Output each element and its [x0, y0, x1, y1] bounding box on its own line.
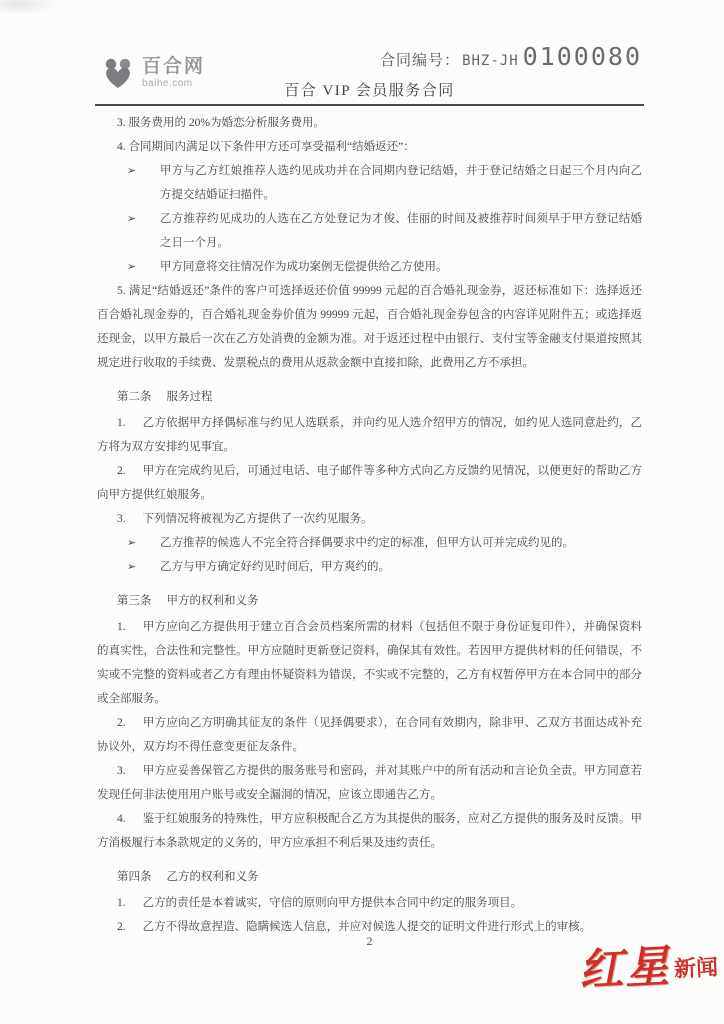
- contract-item: 4.鉴于红娘服务的特殊性，甲方应积极配合乙方为其提供的服务，应对乙方提供的服务及…: [97, 807, 642, 855]
- clause-number: 1.: [117, 417, 126, 429]
- contract-text: 乙方依据甲方择偶标准与约见人选联系，并向约见人选介绍甲方的情况，如约见人选同意赴…: [97, 417, 642, 453]
- contract-text: 乙方推荐的候选人不完全符合择偶要求中约定的标准，但甲方认可并完成约见的。: [160, 537, 574, 549]
- contract-text: 乙方的责任是本着诚实，守信的原则向甲方提供本合同中约定的服务项目。: [143, 897, 523, 909]
- clause-number: 4.: [117, 813, 126, 825]
- contract-text: 乙方的权利和义务: [167, 871, 259, 883]
- document-title: 百合 VIP 会员服务合同: [97, 79, 642, 100]
- contract-clause: 5. 满足“结婚返还”条件的客户可选择返还价值 99999 元起的百合婚礼现金券…: [97, 279, 642, 375]
- contract-bullet: ➢甲方同意将交往情况作为成功案例无偿提供给乙方使用。: [97, 255, 642, 279]
- scan-smudge: [0, 0, 60, 14]
- contract-number-stamp: 0100080: [523, 42, 642, 71]
- bullet-arrow-icon: ➢: [127, 531, 136, 555]
- contract-heading: 第四条乙方的权利和义务: [97, 865, 642, 889]
- header-divider: [95, 104, 644, 106]
- contract-text: 甲方与乙方红娘推荐人选约见成功并在合同期内登记结婚，并于登记结婚之日起三个月内向…: [160, 165, 642, 201]
- redstar-news-watermark: 红星 新闻: [578, 942, 719, 993]
- contract-text: 乙方不得故意捏造、隐瞒候选人信息，并应对候选人提交的证明文件进行形式上的审核。: [143, 921, 592, 933]
- contract-body: 3. 服务费用的 20%为婚恋分析服务费用。4. 合同期间内满足以下条件甲方还可…: [97, 111, 642, 939]
- watermark-main-text: 红星: [578, 945, 672, 994]
- watermark-sub-text: 新闻: [674, 956, 719, 981]
- contract-number: 合同编号： BHZ-JH 0100080: [380, 42, 642, 71]
- contract-text: 甲方同意将交往情况作为成功案例无偿提供给乙方使用。: [160, 261, 448, 273]
- contract-item: 3.下列情况将被视为乙方提供了一次约见服务。: [97, 507, 642, 531]
- clause-number: 2.: [117, 465, 126, 477]
- clause-number: 第三条: [117, 595, 152, 607]
- contract-item: 2.甲方在完成约见后，可通过电话、电子邮件等多种方式向乙方反馈约见情况，以便更好…: [97, 459, 642, 507]
- contract-clause: 3. 服务费用的 20%为婚恋分析服务费用。: [97, 111, 642, 135]
- contract-bullet: ➢乙方推荐约见成功的人选在乙方处登记为才俊、佳丽的时间及被推荐时间须早于甲方登记…: [97, 207, 642, 255]
- clause-number: 2.: [117, 921, 126, 933]
- contract-item: 1.乙方依据甲方择偶标准与约见人选联系，并向约见人选介绍甲方的情况，如约见人选同…: [97, 411, 642, 459]
- clause-number: 1.: [117, 897, 126, 909]
- clause-number: 3.: [117, 513, 126, 525]
- contract-item: 1.甲方应向乙方提供用于建立百合会员档案所需的材料（包括但不限于身份证复印件），…: [97, 615, 642, 711]
- contract-item: 1.乙方的责任是本着诚实，守信的原则向甲方提供本合同中约定的服务项目。: [97, 891, 642, 915]
- bullet-arrow-icon: ➢: [127, 255, 136, 279]
- contract-text: 5. 满足“结婚返还”条件的客户可选择返还价值 99999 元起的百合婚礼现金券…: [97, 285, 642, 369]
- contract-text: 下列情况将被视为乙方提供了一次约见服务。: [143, 513, 373, 525]
- bullet-arrow-icon: ➢: [127, 207, 136, 231]
- contract-text: 服务过程: [167, 391, 213, 403]
- bullet-arrow-icon: ➢: [127, 159, 136, 183]
- contract-text: 甲方应向乙方提供用于建立百合会员档案所需的材料（包括但不限于身份证复印件），并确…: [97, 621, 642, 705]
- contract-bullet: ➢乙方与甲方确定好约见时间后，甲方爽约的。: [97, 555, 642, 579]
- clause-number: 1.: [117, 621, 126, 633]
- page-number: 2: [97, 934, 642, 949]
- contract-number-label: 合同编号：: [380, 49, 460, 70]
- contract-bullet: ➢乙方推荐的候选人不完全符合择偶要求中约定的标准，但甲方认可并完成约见的。: [97, 531, 642, 555]
- contract-number-prefix: BHZ-JH: [462, 53, 519, 69]
- contract-text: 甲方应向乙方明确其征友的条件（见择偶要求），在合同有效期内，除非甲、乙双方书面达…: [97, 717, 642, 753]
- contract-heading: 第三条甲方的权利和义务: [97, 589, 642, 613]
- contract-heading: 第二条服务过程: [97, 385, 642, 409]
- clause-number: 2.: [117, 717, 126, 729]
- contract-text: 鉴于红娘服务的特殊性，甲方应积极配合乙方为其提供的服务，应对乙方提供的服务及时反…: [97, 813, 642, 849]
- contract-item: 2.甲方应向乙方明确其征友的条件（见择偶要求），在合同有效期内，除非甲、乙双方书…: [97, 711, 642, 759]
- clause-number: 第二条: [117, 391, 152, 403]
- contract-text: 甲方应妥善保管乙方提供的服务账号和密码，并对其账户中的所有活动和言论负全责。甲方…: [97, 765, 642, 801]
- contract-text: 4. 合同期间内满足以下条件甲方还可享受福利“结婚返还”：: [117, 141, 415, 153]
- contract-text: 甲方在完成约见后，可通过电话、电子邮件等多种方式向乙方反馈约见情况，以便更好的帮…: [97, 465, 642, 501]
- document-page: 百合网 baihe.com 合同编号： BHZ-JH 0100080 百合 VI…: [0, 0, 724, 1024]
- logo-name: 百合网: [142, 56, 205, 78]
- contract-bullet: ➢甲方与乙方红娘推荐人选约见成功并在合同期内登记结婚，并于登记结婚之日起三个月内…: [97, 159, 642, 207]
- clause-number: 3.: [117, 765, 126, 777]
- contract-clause: 4. 合同期间内满足以下条件甲方还可享受福利“结婚返还”：: [97, 135, 642, 159]
- bullet-arrow-icon: ➢: [127, 555, 136, 579]
- contract-text: 乙方推荐约见成功的人选在乙方处登记为才俊、佳丽的时间及被推荐时间须早于甲方登记结…: [160, 213, 642, 249]
- contract-text: 甲方的权利和义务: [167, 595, 259, 607]
- contract-item: 3.甲方应妥善保管乙方提供的服务账号和密码，并对其账户中的所有活动和言论负全责。…: [97, 759, 642, 807]
- contract-text: 乙方与甲方确定好约见时间后，甲方爽约的。: [160, 561, 390, 573]
- clause-number: 第四条: [117, 871, 152, 883]
- contract-text: 3. 服务费用的 20%为婚恋分析服务费用。: [117, 117, 325, 129]
